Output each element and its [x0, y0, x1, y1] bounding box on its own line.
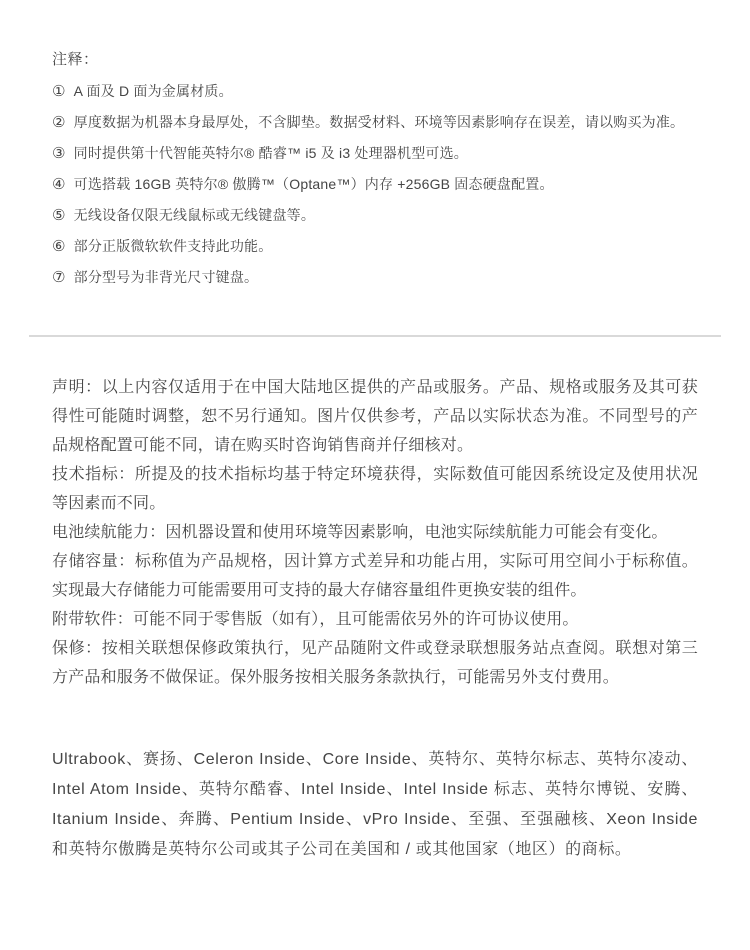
statement-paragraph-disclaimer: 声明：以上内容仅适用于在中国大陆地区提供的产品或服务。产品、规格或服务及其可获得…	[52, 373, 698, 460]
note-marker: ⑥	[52, 232, 66, 262]
statement-paragraph-software: 附带软件：可能不同于零售版（如有），且可能需依另外的许可协议使用。	[52, 605, 698, 634]
note-item: ⑦部分型号为非背光尺寸键盘。	[52, 262, 698, 293]
note-marker: ④	[52, 170, 66, 200]
note-item: ①A 面及 D 面为金属材质。	[52, 76, 698, 107]
note-item: ④可选搭载 16GB 英特尔® 傲腾™（Optane™）内存 +256GB 固态…	[52, 169, 698, 200]
note-item: ⑥部分正版微软软件支持此功能。	[52, 231, 698, 262]
notes-section: 注释： ①A 面及 D 面为金属材质。 ②厚度数据为机器本身最厚处，不含脚垫。数…	[52, 50, 698, 293]
note-text: 部分正版微软软件支持此功能。	[74, 238, 273, 254]
statement-paragraph-warranty: 保修：按相关联想保修政策执行，见产品随附文件或登录联想服务站点查阅。联想对第三方…	[52, 634, 698, 692]
note-text: 厚度数据为机器本身最厚处，不含脚垫。数据受材料、环境等因素影响存在误差，请以购买…	[74, 114, 685, 130]
statement-paragraph-storage: 存储容量：标称值为产品规格，因计算方式差异和功能占用，实际可用空间小于标称值。实…	[52, 547, 698, 605]
note-text: 可选搭载 16GB 英特尔® 傲腾™（Optane™）内存 +256GB 固态硬…	[74, 176, 554, 192]
note-marker: ②	[52, 108, 66, 138]
trademark-section: Ultrabook、赛扬、Celeron Inside、Core Inside、…	[52, 745, 698, 865]
note-text: 部分型号为非背光尺寸键盘。	[74, 269, 259, 285]
note-marker: ⑤	[52, 201, 66, 231]
note-marker: ⑦	[52, 263, 66, 293]
notes-list: ①A 面及 D 面为金属材质。 ②厚度数据为机器本身最厚处，不含脚垫。数据受材料…	[52, 76, 698, 293]
note-item: ③同时提供第十代智能英特尔® 酷睿™ i5 及 i3 处理器机型可选。	[52, 138, 698, 169]
section-divider	[29, 335, 721, 337]
note-item: ②厚度数据为机器本身最厚处，不含脚垫。数据受材料、环境等因素影响存在误差，请以购…	[52, 107, 698, 138]
statement-paragraph-specs: 技术指标：所提及的技术指标均基于特定环境获得，实际数值可能因系统设定及使用状况等…	[52, 460, 698, 518]
note-text: A 面及 D 面为金属材质。	[74, 83, 233, 99]
note-item: ⑤无线设备仅限无线鼠标或无线键盘等。	[52, 200, 698, 231]
note-text: 无线设备仅限无线鼠标或无线键盘等。	[74, 207, 315, 223]
statement-section: 声明：以上内容仅适用于在中国大陆地区提供的产品或服务。产品、规格或服务及其可获得…	[52, 373, 698, 692]
note-marker: ③	[52, 139, 66, 169]
page: 注释： ①A 面及 D 面为金属材质。 ②厚度数据为机器本身最厚处，不含脚垫。数…	[0, 0, 750, 950]
note-marker: ①	[52, 77, 66, 107]
notes-title: 注释：	[52, 50, 698, 70]
trademark-paragraph: Ultrabook、赛扬、Celeron Inside、Core Inside、…	[52, 745, 698, 865]
note-text: 同时提供第十代智能英特尔® 酷睿™ i5 及 i3 处理器机型可选。	[74, 145, 468, 161]
statement-paragraph-battery: 电池续航能力：因机器设置和使用环境等因素影响，电池实际续航能力可能会有变化。	[52, 518, 698, 547]
